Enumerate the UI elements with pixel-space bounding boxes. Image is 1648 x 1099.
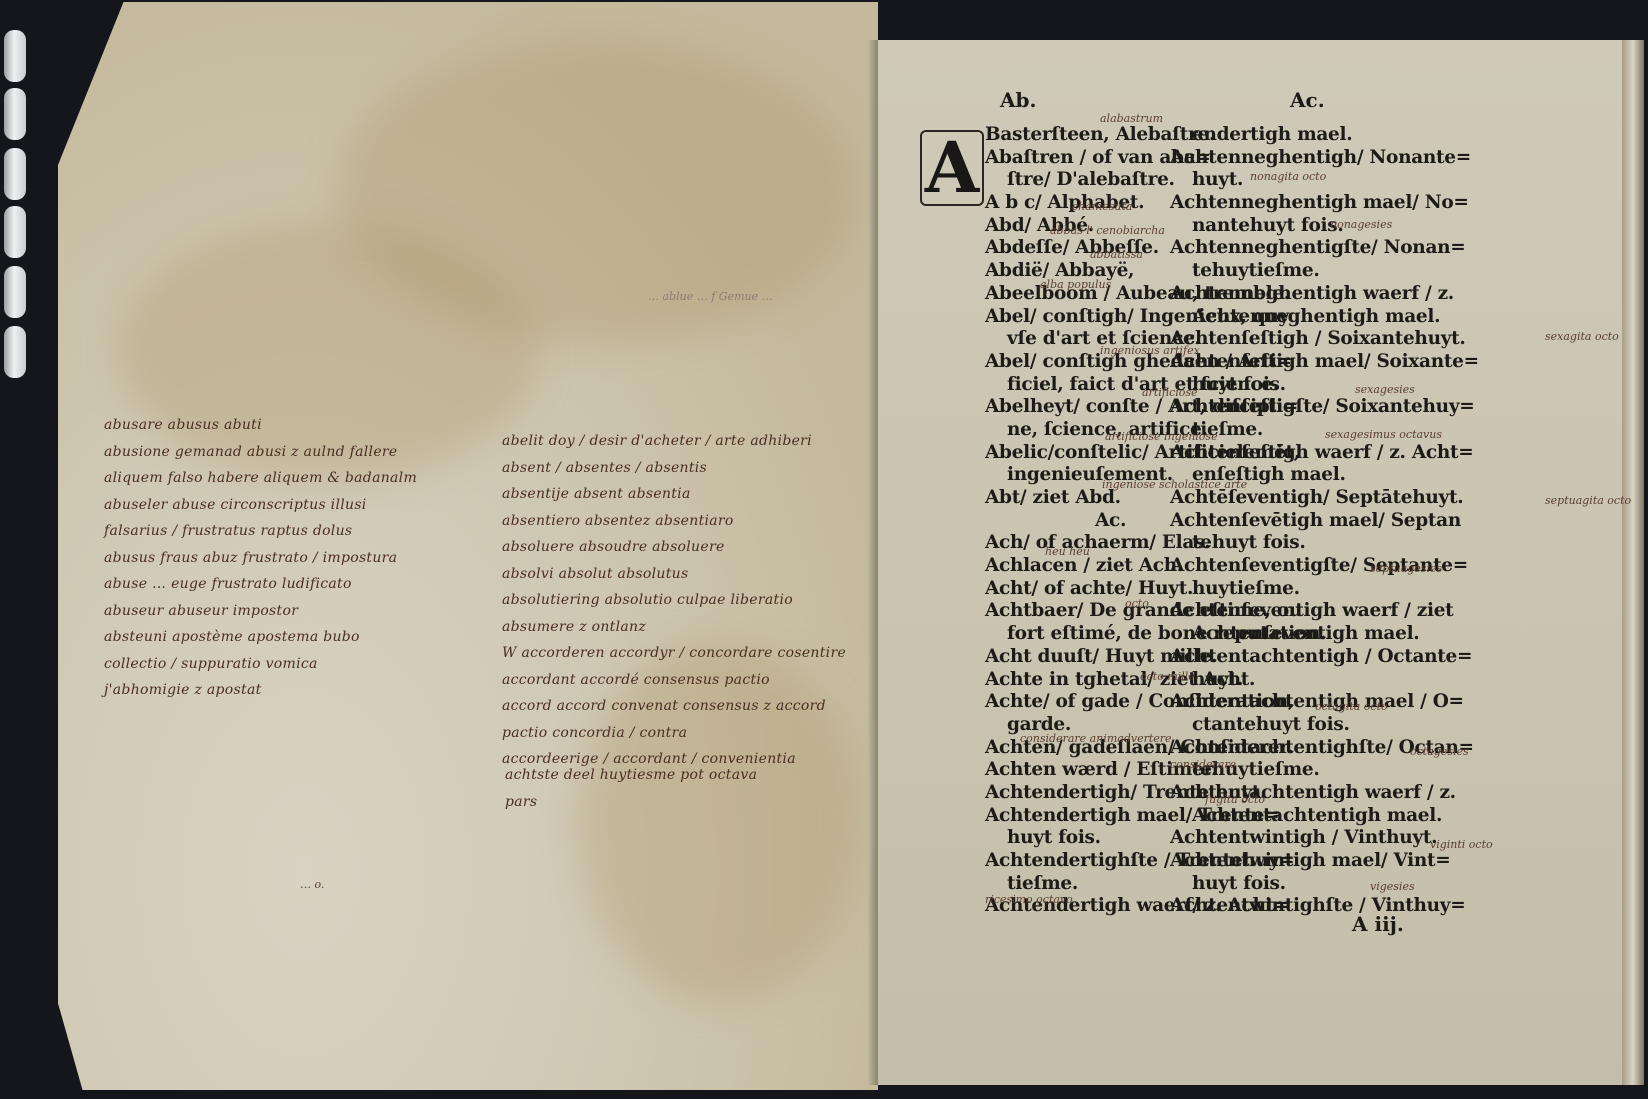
- dictionary-entry-line: Achtenneghentigh waerf / z.: [1170, 283, 1479, 306]
- handwritten-line: abuseur abuseur impostor: [104, 598, 417, 625]
- signature-mark: A iij.: [1352, 912, 1404, 936]
- marginal-note: octo mille: [1140, 670, 1195, 683]
- handwritten-line: absoluere absoudre absoluere: [502, 534, 846, 561]
- handwritten-line: abusare abusus abuti: [104, 412, 417, 439]
- handwritten-line: pars: [505, 789, 757, 816]
- dictionary-entry-line: Achtentachtentigh / Octante=: [1170, 646, 1479, 669]
- handwritten-line: absolvi absolut absolutus: [502, 561, 846, 588]
- small-note-bottom: … o.: [300, 878, 324, 891]
- dictionary-entry-line: Achtentwintighſte / Vinthuy=: [1170, 895, 1479, 918]
- handwritten-line: abelit doy / desir d'acheter / arte adhi…: [502, 428, 846, 455]
- handwritten-line: accordant accordé consensus pactio: [502, 667, 846, 694]
- marginal-note: artificiose: [1142, 386, 1198, 399]
- handwritten-line: accord accord convenat consensus z accor…: [502, 693, 846, 720]
- handwritten-block-1: abusare abusus abutiabusione gemanad abu…: [104, 412, 417, 704]
- handwritten-line: abuse … euge frustrato ludificato: [104, 571, 417, 598]
- binding-cord: [0, 30, 38, 450]
- dictionary-entry-line: Achtenſeventigh waerf / ziet: [1170, 600, 1479, 623]
- marginal-note: sexagesimus octavus: [1325, 428, 1442, 441]
- dictionary-entry-line: Achtentwintigh mael/ Vint=: [1170, 850, 1479, 873]
- marginal-note: sexagesies: [1355, 383, 1415, 396]
- dictionary-entry-line: endertigh mael.: [1170, 124, 1479, 147]
- marginal-note: octagita octo: [1315, 700, 1388, 713]
- marginal-note: ingeniose scholastice arte: [1102, 478, 1247, 491]
- marginal-note: septuagesies: [1370, 562, 1442, 575]
- handwritten-line: absent / absentes / absentis: [502, 455, 846, 482]
- dictionary-entry-line: Achtenneghentigh mael.: [1170, 306, 1479, 329]
- dictionary-entry-line: Achtenſevētigh mael/ Septan: [1170, 510, 1479, 533]
- handwritten-line: achtste deel huytiesme pot octava: [505, 762, 757, 789]
- dictionary-entry-line: Achtenſeſtigh mael/ Soixante=: [1170, 351, 1479, 374]
- handwritten-line: absentiero absentez absentiaro: [502, 508, 846, 535]
- handwritten-line: abusione gemanad abusi z aulnd fallere: [104, 439, 417, 466]
- marginal-note: vigesies: [1370, 880, 1415, 893]
- marginal-note: alabastrum: [1100, 112, 1163, 125]
- column-head-2: Ac.: [1290, 88, 1325, 112]
- marginal-note: considerare: [1170, 758, 1236, 771]
- handwritten-line: j'abhomigie z apostat: [104, 677, 417, 704]
- dictionary-entry-line: Achtenſeſtigſte/ Soixantehuy=: [1170, 396, 1479, 419]
- dictionary-entry-line: Achtenſeſtigh / Soixantehuyt.: [1170, 328, 1479, 351]
- handwritten-line: falsarius / frustratus raptus dolus: [104, 518, 417, 545]
- marginal-note: nonagesies: [1330, 218, 1392, 231]
- dictionary-entry-line: Achtentachtentigh mael.: [1170, 805, 1479, 828]
- marginal-note: ricesimo octavo: [985, 893, 1073, 906]
- marginal-note: octo: [1125, 597, 1149, 610]
- decorated-initial: A: [920, 130, 984, 206]
- dictionary-entry-line: Achtenſeſtigh waerf / z. Acht=: [1170, 442, 1479, 465]
- dictionary-entry-line: tehuyt fois.: [1170, 532, 1479, 555]
- dictionary-entry-line: Achtenneghentigſte/ Nonan=: [1170, 237, 1479, 260]
- marginal-note: nonagita octo: [1250, 170, 1326, 183]
- handwritten-line: abusus fraus abuz frustrato / impostura: [104, 545, 417, 572]
- marginal-note: fugita octo: [1205, 793, 1265, 806]
- handwritten-line: abuseler abuse circonscriptus illusi: [104, 492, 417, 519]
- dictionary-entry-line: huyt fois.: [1170, 873, 1479, 896]
- marginal-note: viginti octo: [1430, 838, 1493, 851]
- marginal-note: chamesuta: [1072, 200, 1132, 213]
- marginal-note: abbas l' cenobiarcha: [1050, 224, 1165, 237]
- marginal-note: ingeniosus artifex: [1100, 344, 1200, 357]
- dictionary-entry-line: ctantehuyt fois.: [1170, 714, 1479, 737]
- dictionary-entry-line: huytieſme.: [1170, 578, 1479, 601]
- marginal-note: artificiose ingeniose: [1105, 430, 1218, 443]
- handwritten-line: absentije absent absentia: [502, 481, 846, 508]
- handwritten-line: absteuni apostème apostema bubo: [104, 624, 417, 651]
- marginal-note: sexagita octo: [1545, 330, 1619, 343]
- dictionary-entry-line: nantehuyt fois.: [1170, 215, 1479, 238]
- dictionary-entry-line: huyt.: [1170, 669, 1479, 692]
- handwritten-block-3: achtste deel huytiesme pot octavapars: [505, 762, 757, 815]
- marginal-note: heu heu: [1045, 545, 1090, 558]
- dictionary-entry-line: Achtenſeventigh mael.: [1170, 623, 1479, 646]
- handwritten-line: pactio concordia / contra: [502, 720, 846, 747]
- column-head-1: Ab.: [1000, 88, 1036, 112]
- dictionary-entry-line: Achtenneghentigh mael/ No=: [1170, 192, 1479, 215]
- handwritten-line: absolutiering absolutio culpae liberatio: [502, 587, 846, 614]
- handwritten-line: absumere z ontlanz: [502, 614, 846, 641]
- dictionary-entry-line: tehuytieſme.: [1170, 260, 1479, 283]
- handwritten-block-2: abelit doy / desir d'acheter / arte adhi…: [502, 428, 846, 773]
- dictionary-entry-line: huyt fois.: [1170, 374, 1479, 397]
- handwritten-line: collectio / suppuratio vomica: [104, 651, 417, 678]
- marginal-note: abbatissa: [1090, 248, 1143, 261]
- page-edges: [1622, 40, 1644, 1085]
- dictionary-entry-line: Achtenneghentigh/ Nonante=: [1170, 147, 1479, 170]
- marginal-note: alba populus: [1040, 278, 1111, 291]
- marginal-note: septuagita octo: [1545, 494, 1631, 507]
- marginal-note: octagesies: [1410, 745, 1469, 758]
- handwritten-line: aliquem falso habere aliquem & badanalm: [104, 465, 417, 492]
- marginal-note: considerare animadvertere: [1020, 732, 1172, 745]
- faint-note-top: … ablue … f Gemue …: [648, 290, 773, 303]
- handwritten-line: W accorderen accordyr / concordare cosen…: [502, 640, 846, 667]
